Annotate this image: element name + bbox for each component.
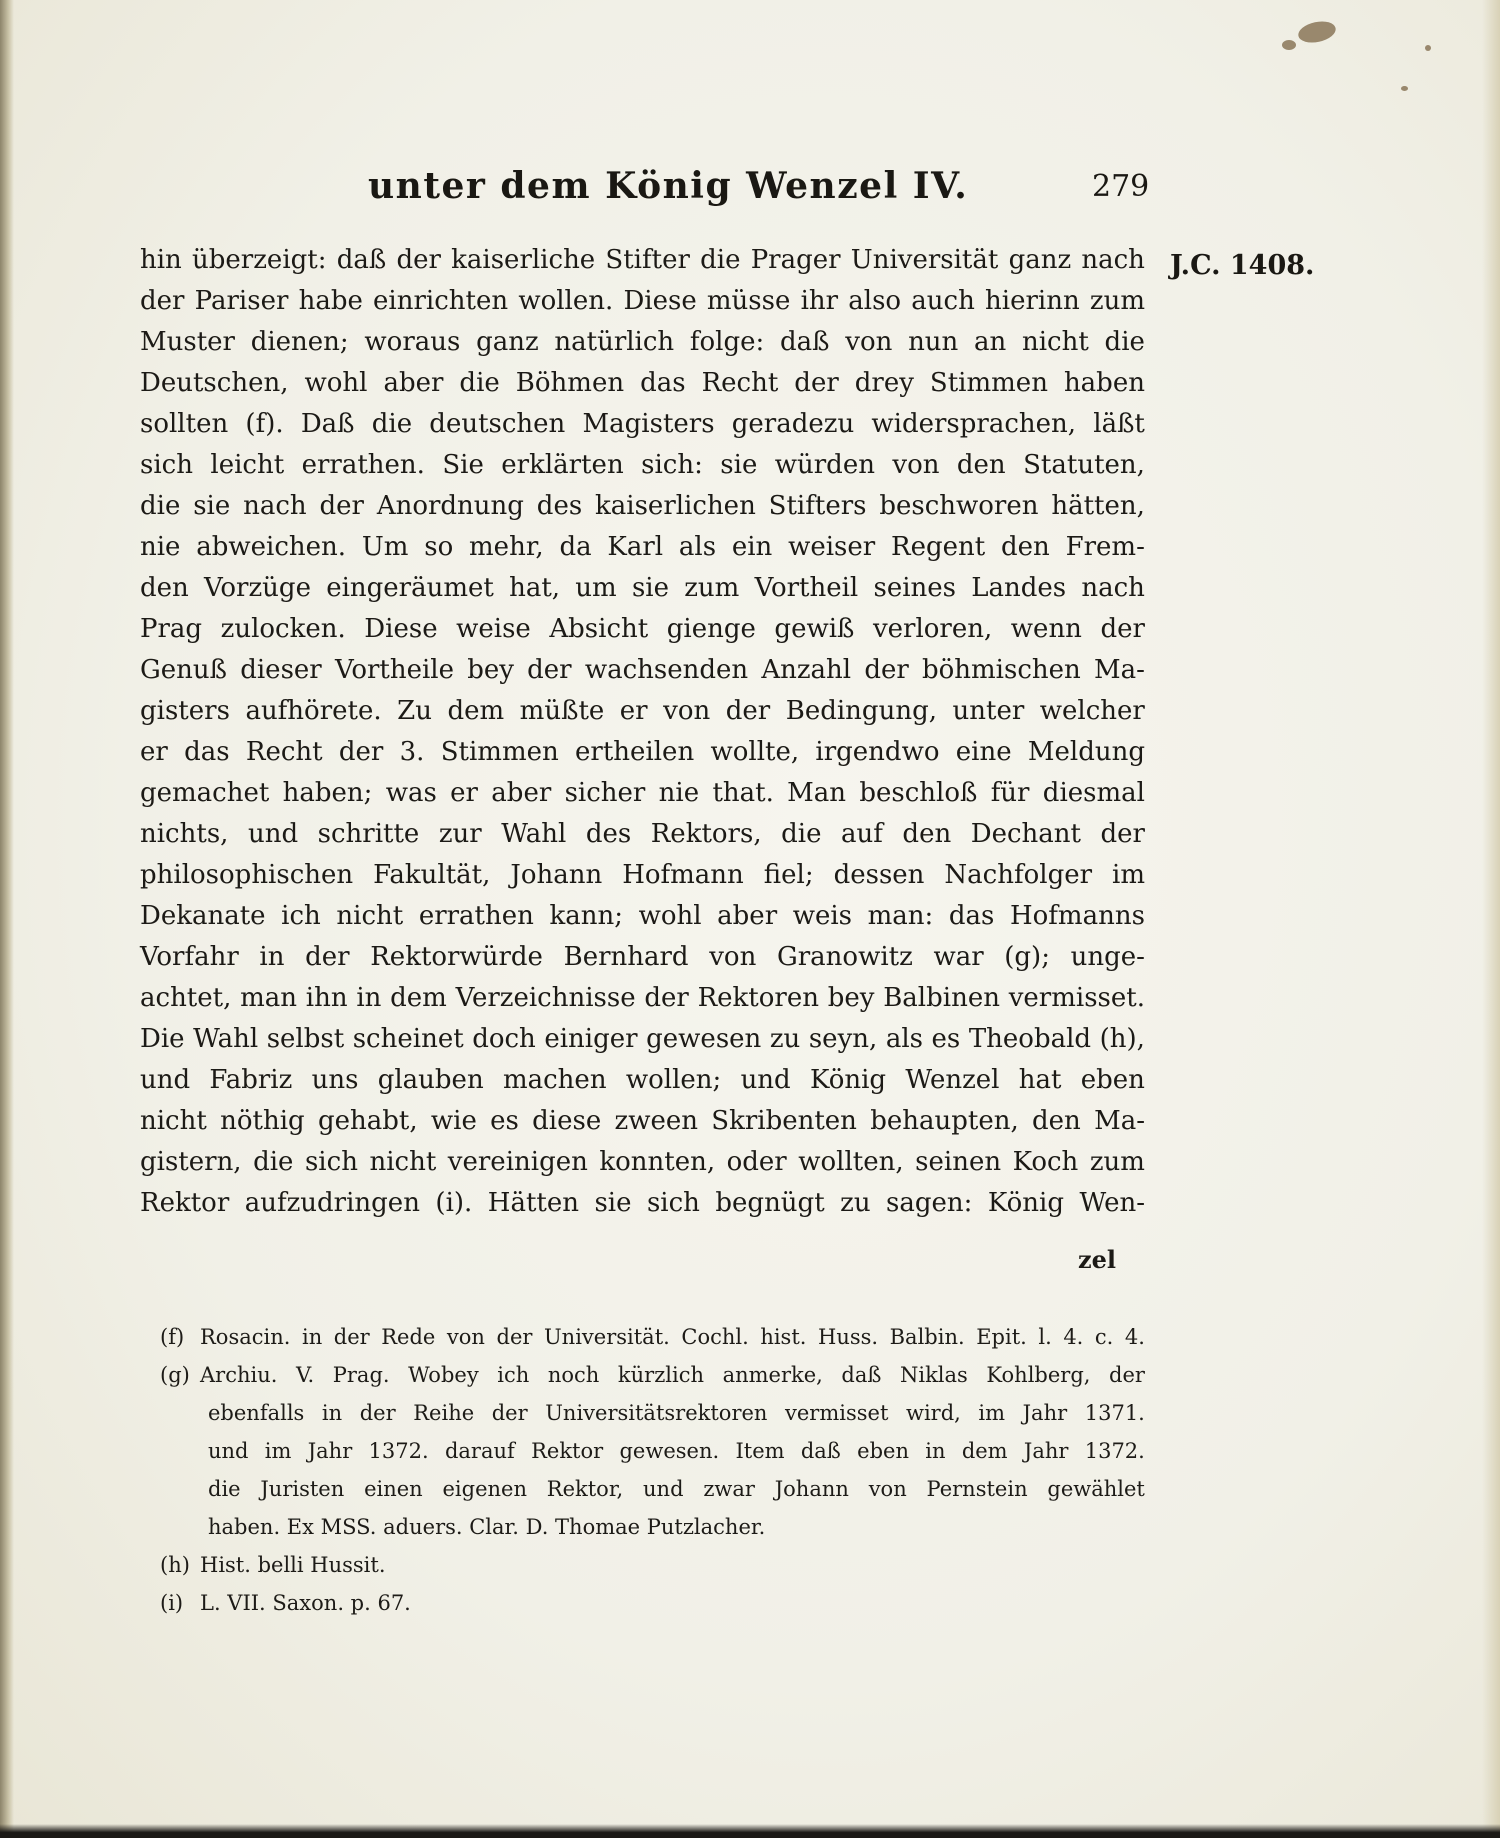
ink-spot <box>1401 86 1408 91</box>
footnote-text: ebenfallsinderReihederUniversitätsrektor… <box>208 1394 1145 1432</box>
text-line: Deutschen,wohlaberdieBöhmendasRechtderdr… <box>140 363 1145 404</box>
footnote-text: Hist. belli Hussit. <box>200 1553 386 1577</box>
text-line: DieWahlselbstscheinetdocheinigergewesenz… <box>140 1019 1145 1060</box>
page-edge-bottom <box>0 1824 1500 1838</box>
text-line: gistern,diesichnichtvereinigenkonnten,od… <box>140 1142 1145 1183</box>
text-line: GenußdieserVortheilebeyderwachsendenAnza… <box>140 650 1145 691</box>
text-line: Dekanateichnichterrathenkann;wohlaberwei… <box>140 896 1145 937</box>
ink-stain <box>1282 40 1296 50</box>
catchword: zel <box>1078 1245 1116 1274</box>
footnote-line: haben. Ex MSS. aduers. Clar. D. Thomae P… <box>160 1508 1145 1546</box>
footnote-text: L. VII. Saxon. p. 67. <box>200 1591 411 1615</box>
text-line: erdasRechtder3.Stimmenertheilenwollte,ir… <box>140 732 1145 773</box>
text-line: VorfahrinderRektorwürdeBernhardvonGranow… <box>140 937 1145 978</box>
text-line: nichtnöthiggehabt,wieesdiesezweenSkriben… <box>140 1101 1145 1142</box>
footnote-line: (h)Hist. belli Hussit. <box>160 1546 1145 1584</box>
footnote-text: undimJahr1372.daraufRektorgewesen.Itemda… <box>208 1432 1145 1470</box>
footnote-line: dieJuristeneineneigenenRektor,undzwarJoh… <box>160 1470 1145 1508</box>
footnote-text: haben. Ex MSS. aduers. Clar. D. Thomae P… <box>208 1515 765 1539</box>
footnote-text: dieJuristeneineneigenenRektor,undzwarJoh… <box>208 1470 1145 1508</box>
footnote-mark: (f) <box>160 1318 200 1356</box>
ink-spot <box>1425 45 1431 51</box>
text-line: gemachethaben;waserabersicherniethat.Man… <box>140 773 1145 814</box>
margin-note-year: J.C. 1408. <box>1170 250 1314 281</box>
footnote-mark: (g) <box>160 1356 200 1394</box>
text-line: gistersaufhörete.ZudemmüßteervonderBedin… <box>140 691 1145 732</box>
book-page: unter dem König Wenzel IV. 279 J.C. 1408… <box>0 0 1500 1838</box>
text-line: hinüberzeigt:daßderkaiserlicheStifterdie… <box>140 240 1145 281</box>
text-line: sichleichterrathen.Sieerklärtensich:siew… <box>140 445 1145 486</box>
page-edge-right <box>1482 0 1500 1838</box>
text-line: nichts,undschrittezurWahldesRektors,diea… <box>140 814 1145 855</box>
running-head: unter dem König Wenzel IV. 279 <box>368 165 1148 215</box>
footnote-text: Rosacin.inderRedevonderUniversität.Cochl… <box>200 1318 1145 1356</box>
text-line: derPariserhabeeinrichtenwollen.Diesemüss… <box>140 281 1145 322</box>
text-line: nieabweichen.Umsomehr,daKarlalseinweiser… <box>140 527 1145 568</box>
text-line: sollten(f).DaßdiedeutschenMagistersgerad… <box>140 404 1145 445</box>
text-line: Musterdienen;worausganznatürlichfolge:da… <box>140 322 1145 363</box>
text-line: undFabrizunsglaubenmachenwollen;undKönig… <box>140 1060 1145 1101</box>
ink-stain <box>1296 18 1337 45</box>
footnote-line: ebenfallsinderReihederUniversitätsrektor… <box>160 1394 1145 1432</box>
text-line: philosophischenFakultät,JohannHofmannfie… <box>140 855 1145 896</box>
text-line: Pragzulocken.DieseweiseAbsichtgiengegewi… <box>140 609 1145 650</box>
footnote-mark: (h) <box>160 1546 200 1584</box>
footnote-line: (i)L. VII. Saxon. p. 67. <box>160 1584 1145 1622</box>
footnote-mark: (i) <box>160 1584 200 1622</box>
page-number: 279 <box>1092 169 1149 204</box>
footnote-line: (g)Archiu.V.Prag.Wobeyichnochkürzlichanm… <box>160 1356 1145 1394</box>
footnote-text: Archiu.V.Prag.Wobeyichnochkürzlichanmerk… <box>200 1356 1145 1394</box>
text-line: diesienachderAnordnungdeskaiserlichenSti… <box>140 486 1145 527</box>
running-title: unter dem König Wenzel IV. <box>368 165 968 207</box>
footnote-line: undimJahr1372.daraufRektorgewesen.Itemda… <box>160 1432 1145 1470</box>
footnote-line: (f)Rosacin.inderRedevonderUniversität.Co… <box>160 1318 1145 1356</box>
footnotes: (f)Rosacin.inderRedevonderUniversität.Co… <box>160 1318 1145 1622</box>
text-line: achtet,manihnindemVerzeichnissederRektor… <box>140 978 1145 1019</box>
page-edge-left <box>0 0 14 1838</box>
text-line: denVorzügeeingeräumethat,umsiezumVorthei… <box>140 568 1145 609</box>
text-line: Rektoraufzudringen(i).Hättensiesichbegnü… <box>140 1183 1145 1224</box>
body-text: hinüberzeigt:daßderkaiserlicheStifterdie… <box>140 240 1145 1224</box>
